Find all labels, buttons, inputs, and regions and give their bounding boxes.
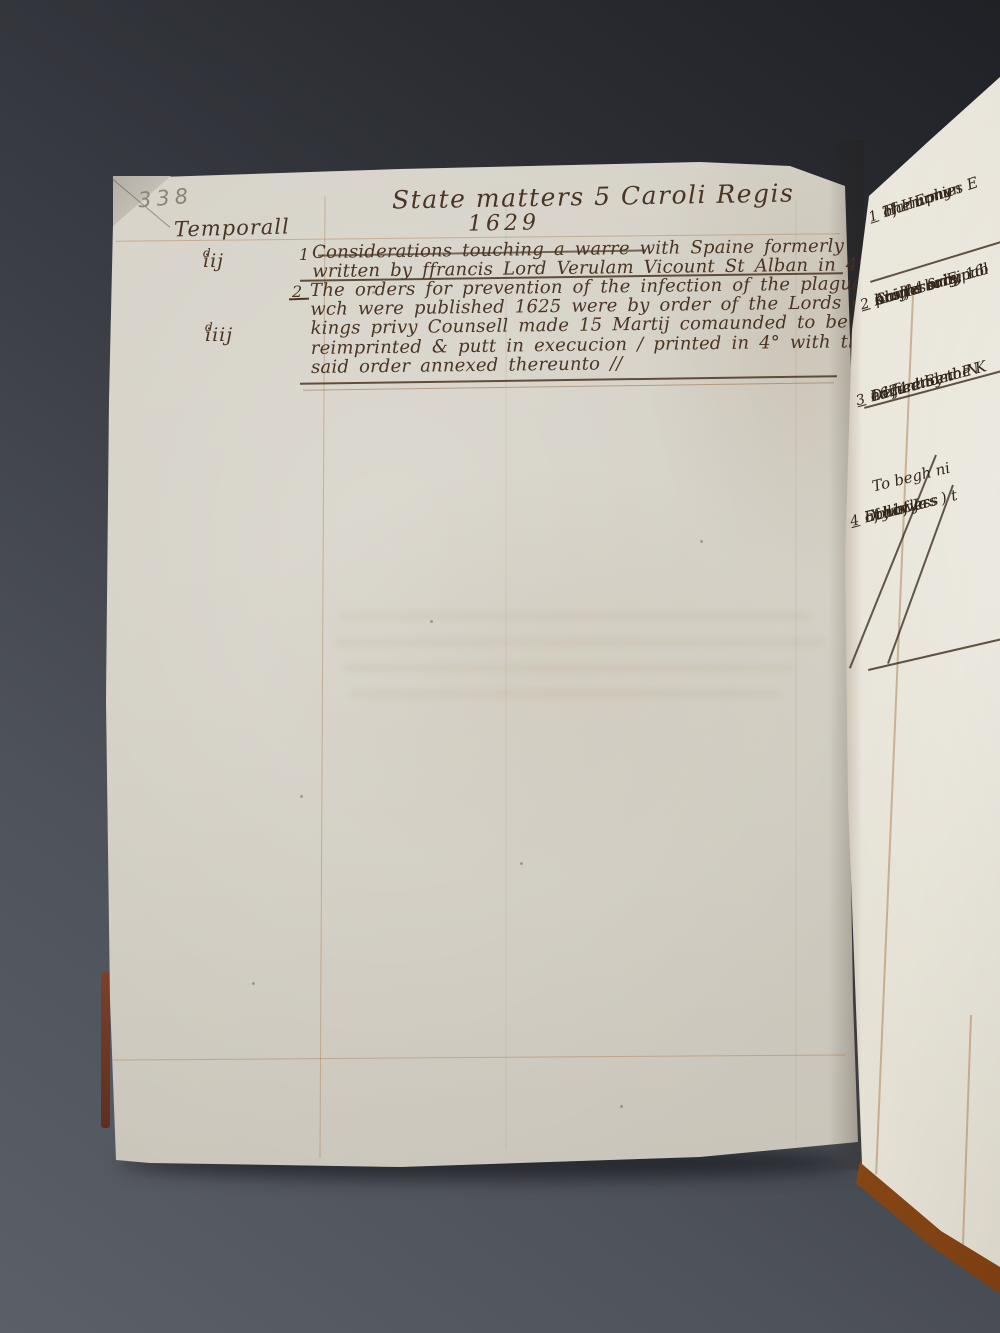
price-unit: d bbox=[203, 246, 212, 260]
recto-entry-number: 3 bbox=[854, 390, 868, 413]
price-mark-entry1: iijd bbox=[203, 250, 212, 273]
ink-showthrough bbox=[350, 690, 780, 698]
recto-margin-rule bbox=[962, 1015, 972, 1245]
recto-margin-rule bbox=[875, 295, 913, 1174]
recto-entry-number: 4 bbox=[848, 509, 862, 533]
price-unit: d bbox=[205, 320, 214, 334]
foxing-speck bbox=[620, 1105, 623, 1108]
foxing-speck bbox=[700, 540, 703, 543]
foxing-speck bbox=[430, 620, 433, 623]
ink-showthrough bbox=[335, 638, 825, 646]
entry-2: The orders for prevention of the infecti… bbox=[310, 274, 910, 377]
recto-entry-line: ansh'd originall bbox=[872, 258, 991, 311]
recto-page: Stati 1 The Ephy of Hurman Harmonies E 2… bbox=[840, 55, 1000, 1300]
recto-entry-number: 2 bbox=[858, 294, 873, 317]
folio-number: 338 bbox=[137, 184, 194, 213]
recto-closing-rule bbox=[868, 638, 1000, 671]
foxing-speck bbox=[520, 862, 523, 865]
recto-entry-number: 1 bbox=[866, 206, 881, 229]
recto-entry-line: Harmonies E bbox=[880, 172, 981, 223]
margin-heading: Temporall bbox=[174, 214, 290, 241]
foxing-speck bbox=[300, 795, 303, 798]
recto-entry-line: 1624 ended F bbox=[868, 360, 975, 408]
entry-number: 1 bbox=[299, 245, 309, 264]
ink-showthrough bbox=[345, 664, 795, 672]
binding-edge-sliver bbox=[101, 972, 110, 1128]
manuscript-photo: 338 Temporall iijd iiijd State matters 5… bbox=[0, 0, 1000, 1333]
foxing-speck bbox=[252, 982, 255, 985]
recto-header-fragment: Stati bbox=[926, 71, 979, 112]
page-year: 1629 bbox=[468, 210, 540, 236]
price-mark-entry2: iiijd bbox=[205, 324, 214, 347]
ink-showthrough bbox=[340, 612, 810, 620]
